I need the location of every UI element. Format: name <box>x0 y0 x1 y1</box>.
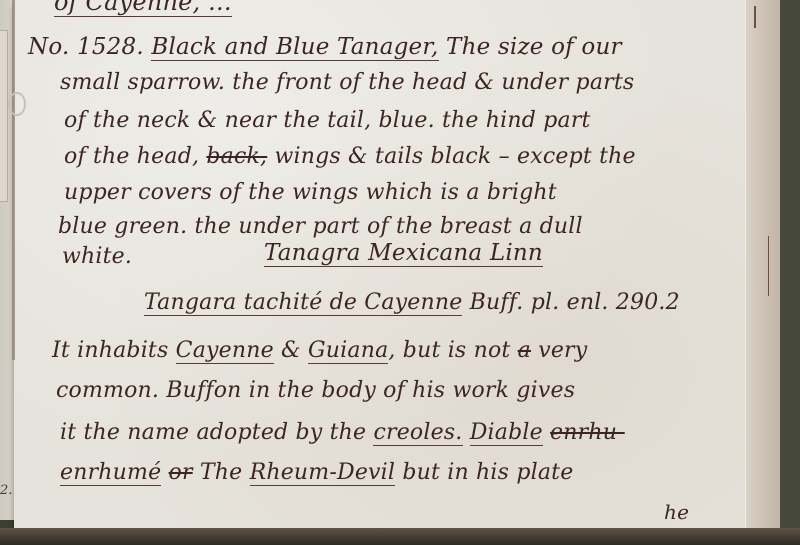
manuscript-line-13: enrhumé or The Rheum-Devil but in his pl… <box>60 460 573 485</box>
term-creoles: creoles. <box>373 420 462 446</box>
struck-word: a <box>518 338 531 363</box>
binding-thread <box>12 0 15 360</box>
manuscript-line-5: upper covers of the wings which is a bri… <box>64 180 557 205</box>
place-cayenne: Cayenne <box>176 338 274 364</box>
english-name-rheum-devil: Rheum-Devil <box>250 460 396 486</box>
left-page-strip <box>0 30 8 202</box>
species-common-name: Black and Blue Tanager, <box>151 34 438 61</box>
binding-thread-loop <box>8 92 26 116</box>
margin-mark <box>768 236 769 296</box>
french-name-diable: Diable <box>470 420 543 446</box>
page-edge-stack <box>745 0 780 545</box>
book-bottom-shadow <box>0 528 800 545</box>
manuscript-line-10: It inhabits Cayenne & Guiana, but is not… <box>52 338 587 363</box>
manuscript-line-4: of the head, back, wings & tails black –… <box>64 144 636 169</box>
manuscript-line-11: common. Buffon in the body of his work g… <box>56 378 575 403</box>
manuscript-line-0: of Cayenne, ... <box>54 0 232 16</box>
specimen-number: No. 1528. <box>28 34 144 60</box>
manuscript-line-3: of the neck & near the tail, blue. the h… <box>64 108 591 133</box>
french-name: Tangara tachité de Cayenne <box>144 290 462 316</box>
plate-reference: Buff. pl. enl. 290.2 <box>470 290 680 315</box>
buffon-reference: Tangara tachité de Cayenne Buff. pl. enl… <box>144 290 680 315</box>
struck-word: enrhu- <box>550 420 625 445</box>
manuscript-line-1: No. 1528. Black and Blue Tanager, The si… <box>28 34 622 60</box>
struck-word: or <box>169 460 193 485</box>
manuscript-line-6: blue green. the under part of the breast… <box>58 214 583 239</box>
french-name-enrhume: enrhumé <box>60 460 161 486</box>
manuscript-line-12: it the name adopted by the creoles. Diab… <box>60 420 625 445</box>
margin-mark <box>754 6 756 28</box>
manuscript-line-7: white. <box>62 244 132 269</box>
catchword: he <box>664 500 689 524</box>
struck-word: back, <box>206 144 267 169</box>
place-guiana: Guiana <box>308 338 388 364</box>
manuscript-photo: 2. of Cayenne, ... No. 1528. Black and B… <box>0 0 800 545</box>
manuscript-line-2: small sparrow. the front of the head & u… <box>60 70 634 95</box>
latin-name-heading: Tanagra Mexicana Linn <box>264 240 543 266</box>
manuscript-page: of Cayenne, ... No. 1528. Black and Blue… <box>14 0 759 530</box>
left-page-numeral: 2. <box>0 483 12 498</box>
